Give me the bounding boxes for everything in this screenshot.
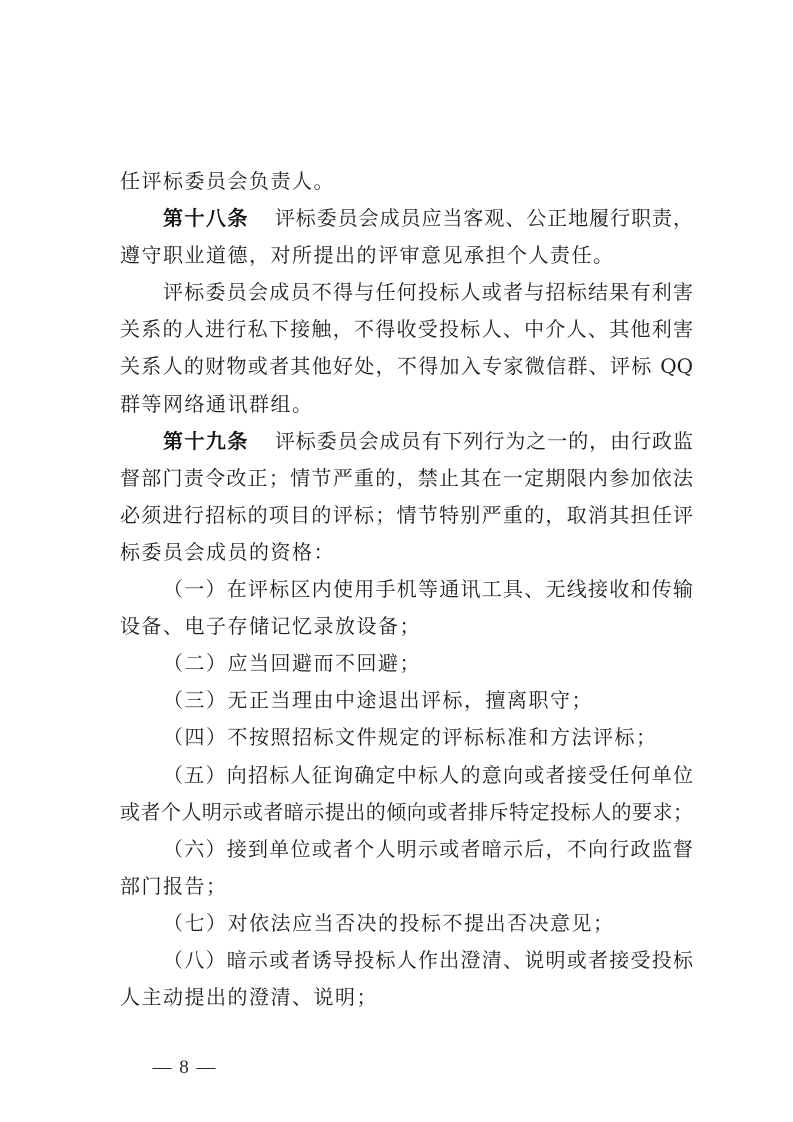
list-item-continuation: 或者个人明示或者暗示提出的倾向或者排斥特定投标人的要求； bbox=[120, 794, 693, 831]
article-18-line: 第十八条评标委员会成员应当客观、公正地履行职责， bbox=[120, 200, 693, 237]
list-item-continuation: 部门报告； bbox=[120, 868, 693, 905]
text-line: 任评标委员会负责人。 bbox=[120, 163, 693, 200]
article-heading: 第十九条 bbox=[163, 429, 249, 453]
article-text: 评标委员会成员应当客观、公正地履行职责， bbox=[275, 206, 693, 230]
text-line: 督部门责令改正；情节严重的，禁止其在一定期限内参加依法 bbox=[120, 460, 693, 497]
article-heading: 第十八条 bbox=[163, 206, 249, 230]
text-line: 关系的人进行私下接触，不得收受投标人、中介人、其他利害 bbox=[120, 311, 693, 348]
list-item-2: （二）应当回避而不回避； bbox=[120, 645, 693, 682]
document-page: 任评标委员会负责人。 第十八条评标委员会成员应当客观、公正地履行职责， 遵守职业… bbox=[0, 0, 793, 1122]
list-item-3: （三）无正当理由中途退出评标，擅离职守； bbox=[120, 682, 693, 719]
list-item-5: （五）向招标人征询确定中标人的意向或者接受任何单位 bbox=[120, 757, 693, 794]
text-line: 关系人的财物或者其他好处，不得加入专家微信群、评标 QQ bbox=[120, 348, 693, 385]
list-item-7: （七）对依法应当否决的投标不提出否决意见； bbox=[120, 905, 693, 942]
list-item-6: （六）接到单位或者个人明示或者暗示后，不向行政监督 bbox=[120, 831, 693, 868]
list-item-4: （四）不按照招标文件规定的评标标准和方法评标； bbox=[120, 719, 693, 756]
text-line: 群等网络通讯群组。 bbox=[120, 386, 693, 423]
article-text: 评标委员会成员有下列行为之一的，由行政监 bbox=[275, 429, 693, 453]
list-item-1: （一）在评标区内使用手机等通讯工具、无线接收和传输 bbox=[120, 571, 693, 608]
body-text: 任评标委员会负责人。 第十八条评标委员会成员应当客观、公正地履行职责， 遵守职业… bbox=[120, 163, 693, 1016]
list-item-continuation: 设备、电子存储记忆录放设备； bbox=[120, 608, 693, 645]
text-line: 遵守职业道德，对所提出的评审意见承担个人责任。 bbox=[120, 237, 693, 274]
page-number: — 8 — bbox=[150, 1054, 218, 1082]
article-19-line: 第十九条评标委员会成员有下列行为之一的，由行政监 bbox=[120, 423, 693, 460]
text-line: 标委员会成员的资格： bbox=[120, 534, 693, 571]
list-item-continuation: 人主动提出的澄清、说明； bbox=[120, 979, 693, 1016]
list-item-8: （八）暗示或者诱导投标人作出澄清、说明或者接受投标 bbox=[120, 942, 693, 979]
paragraph-start-line: 评标委员会成员不得与任何投标人或者与招标结果有利害 bbox=[120, 274, 693, 311]
text-line: 必须进行招标的项目的评标；情节特别严重的，取消其担任评 bbox=[120, 497, 693, 534]
